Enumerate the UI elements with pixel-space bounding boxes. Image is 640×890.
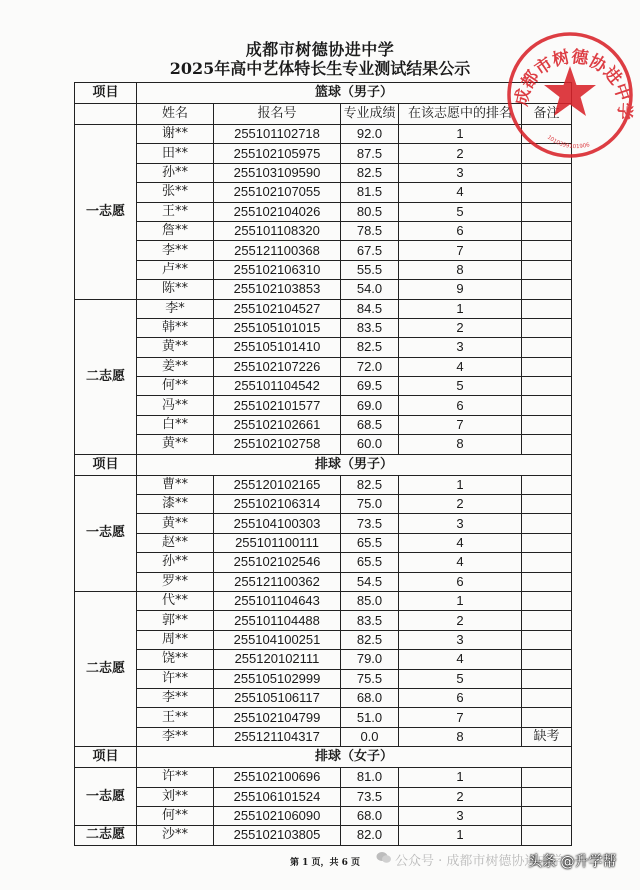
score: 79.0 bbox=[341, 650, 399, 669]
table-row: 李**25512110036867.57 bbox=[75, 241, 572, 260]
student-name: 漆** bbox=[137, 495, 214, 514]
registration-number: 255102106310 bbox=[214, 260, 341, 279]
score: 68.5 bbox=[341, 415, 399, 434]
registration-number: 255121104317 bbox=[214, 727, 341, 746]
preference-group-label: 一志愿 bbox=[75, 768, 137, 826]
rank: 3 bbox=[399, 630, 522, 649]
student-name: 罗** bbox=[137, 572, 214, 591]
table-row: 王**25510210402680.55 bbox=[75, 202, 572, 221]
score: 67.5 bbox=[341, 241, 399, 260]
registration-number: 255105106117 bbox=[214, 688, 341, 707]
score: 82.5 bbox=[341, 630, 399, 649]
student-name: 黄** bbox=[137, 514, 214, 533]
registration-number: 255102102546 bbox=[214, 553, 341, 572]
preference-group-label: 一志愿 bbox=[75, 475, 137, 591]
registration-number: 255102103805 bbox=[214, 826, 341, 845]
table-row: 黄**25510510141082.53 bbox=[75, 338, 572, 357]
note bbox=[522, 183, 572, 202]
score: 68.0 bbox=[341, 806, 399, 825]
registration-number: 255102104799 bbox=[214, 708, 341, 727]
note bbox=[522, 415, 572, 434]
rank: 7 bbox=[399, 241, 522, 260]
registration-number: 255102106314 bbox=[214, 495, 341, 514]
score: 73.5 bbox=[341, 514, 399, 533]
student-name: 何** bbox=[137, 806, 214, 825]
student-name: 李** bbox=[137, 688, 214, 707]
score: 84.5 bbox=[341, 299, 399, 318]
rank: 1 bbox=[399, 591, 522, 610]
score: 60.0 bbox=[341, 435, 399, 454]
score: 81.5 bbox=[341, 183, 399, 202]
rank: 2 bbox=[399, 144, 522, 163]
student-name: 姜** bbox=[137, 357, 214, 376]
registration-number: 255101104542 bbox=[214, 377, 341, 396]
table-row: 二志愿沙**25510210380582.01 bbox=[75, 826, 572, 845]
registration-number: 255121100362 bbox=[214, 572, 341, 591]
rank: 3 bbox=[399, 163, 522, 182]
registration-number: 255104100303 bbox=[214, 514, 341, 533]
score: 0.0 bbox=[341, 727, 399, 746]
student-name: 李** bbox=[137, 241, 214, 260]
table-row: 田**25510210597587.52 bbox=[75, 144, 572, 163]
note bbox=[522, 280, 572, 299]
student-name: 黄** bbox=[137, 435, 214, 454]
score: 51.0 bbox=[341, 708, 399, 727]
preference-group-label: 二志愿 bbox=[75, 591, 137, 746]
rank: 1 bbox=[399, 475, 522, 494]
registration-number: 255102104527 bbox=[214, 299, 341, 318]
score: 82.5 bbox=[341, 163, 399, 182]
score: 65.5 bbox=[341, 533, 399, 552]
registration-number: 255120102111 bbox=[214, 650, 341, 669]
registration-number: 255102105975 bbox=[214, 144, 341, 163]
score: 75.0 bbox=[341, 495, 399, 514]
note bbox=[522, 475, 572, 494]
score: 85.0 bbox=[341, 591, 399, 610]
score: 83.5 bbox=[341, 318, 399, 337]
registration-number: 255121100368 bbox=[214, 241, 341, 260]
student-name: 许** bbox=[137, 669, 214, 688]
student-name: 饶** bbox=[137, 650, 214, 669]
table-row: 孙**25510210254665.54 bbox=[75, 553, 572, 572]
note bbox=[522, 806, 572, 825]
column-header-score: 专业成绩 bbox=[341, 104, 399, 125]
student-name: 孙** bbox=[137, 163, 214, 182]
table-row: 漆**25510210631475.02 bbox=[75, 495, 572, 514]
registration-number: 255102107055 bbox=[214, 183, 341, 202]
score: 81.0 bbox=[341, 768, 399, 787]
table-row: 黄**25510410030373.53 bbox=[75, 514, 572, 533]
score: 75.5 bbox=[341, 669, 399, 688]
preference-group-label: 一志愿 bbox=[75, 125, 137, 300]
rank: 5 bbox=[399, 669, 522, 688]
rank: 4 bbox=[399, 553, 522, 572]
score: 65.5 bbox=[341, 553, 399, 572]
rank: 3 bbox=[399, 338, 522, 357]
table-row: 黄**25510210275860.08 bbox=[75, 435, 572, 454]
table-row: 何**25510210609068.03 bbox=[75, 806, 572, 825]
score: 92.0 bbox=[341, 125, 399, 144]
rank: 2 bbox=[399, 787, 522, 806]
column-header-name: 姓名 bbox=[137, 104, 214, 125]
rank: 3 bbox=[399, 806, 522, 825]
note bbox=[522, 338, 572, 357]
score: 87.5 bbox=[341, 144, 399, 163]
svg-text:1010399101906: 1010399101906 bbox=[546, 135, 591, 151]
student-name: 黄** bbox=[137, 338, 214, 357]
student-name: 王** bbox=[137, 202, 214, 221]
table-row: 一志愿许**25510210069681.01 bbox=[75, 768, 572, 787]
table-row: 何**25510110454269.55 bbox=[75, 377, 572, 396]
table-row: 陈**25510210385354.09 bbox=[75, 280, 572, 299]
rank: 1 bbox=[399, 826, 522, 845]
item-label: 项目 bbox=[75, 83, 137, 104]
rank: 5 bbox=[399, 377, 522, 396]
note bbox=[522, 241, 572, 260]
student-name: 许** bbox=[137, 768, 214, 787]
table-row: 赵**25510110011165.54 bbox=[75, 533, 572, 552]
sport-title: 排球（男子） bbox=[137, 454, 572, 475]
column-header-rank: 在该志愿中的排名 bbox=[399, 104, 522, 125]
note bbox=[522, 553, 572, 572]
table-row: 许**25510510299975.55 bbox=[75, 669, 572, 688]
student-name: 陈** bbox=[137, 280, 214, 299]
registration-number: 255106101524 bbox=[214, 787, 341, 806]
rank: 6 bbox=[399, 572, 522, 591]
student-name: 韩** bbox=[137, 318, 214, 337]
score: 72.0 bbox=[341, 357, 399, 376]
student-name: 孙** bbox=[137, 553, 214, 572]
section-header-row: 项目排球（男子） bbox=[75, 454, 572, 475]
registration-number: 255102102661 bbox=[214, 415, 341, 434]
note bbox=[522, 299, 572, 318]
student-name: 白** bbox=[137, 415, 214, 434]
student-name: 王** bbox=[137, 708, 214, 727]
table-row: 冯**25510210157769.06 bbox=[75, 396, 572, 415]
note bbox=[522, 768, 572, 787]
student-name: 何** bbox=[137, 377, 214, 396]
registration-number: 255103109590 bbox=[214, 163, 341, 182]
note bbox=[522, 572, 572, 591]
rank: 6 bbox=[399, 221, 522, 240]
rank: 4 bbox=[399, 650, 522, 669]
student-name: 田** bbox=[137, 144, 214, 163]
rank: 3 bbox=[399, 514, 522, 533]
note bbox=[522, 221, 572, 240]
rank: 4 bbox=[399, 183, 522, 202]
table-row: 刘**25510610152473.52 bbox=[75, 787, 572, 806]
student-name: 曹** bbox=[137, 475, 214, 494]
note bbox=[522, 357, 572, 376]
table-row: 王**25510210479951.07 bbox=[75, 708, 572, 727]
rank: 4 bbox=[399, 533, 522, 552]
student-name: 代** bbox=[137, 591, 214, 610]
note bbox=[522, 611, 572, 630]
table-row: 一志愿谢**25510110271892.01 bbox=[75, 125, 572, 144]
score: 83.5 bbox=[341, 611, 399, 630]
table-row: 孙**25510310959082.53 bbox=[75, 163, 572, 182]
student-name: 刘** bbox=[137, 787, 214, 806]
note bbox=[522, 787, 572, 806]
note bbox=[522, 377, 572, 396]
rank: 8 bbox=[399, 260, 522, 279]
registration-number: 255102102758 bbox=[214, 435, 341, 454]
note bbox=[522, 533, 572, 552]
registration-number: 255102104026 bbox=[214, 202, 341, 221]
note bbox=[522, 396, 572, 415]
note bbox=[522, 495, 572, 514]
section-header-row: 项目排球（女子） bbox=[75, 747, 572, 768]
rank: 1 bbox=[399, 299, 522, 318]
table-row: 李**25510510611768.06 bbox=[75, 688, 572, 707]
registration-number: 255102103853 bbox=[214, 280, 341, 299]
table-row: 一志愿曹**25512010216582.51 bbox=[75, 475, 572, 494]
blank-header-cell bbox=[75, 104, 137, 125]
table-row: 韩**25510510101583.52 bbox=[75, 318, 572, 337]
rank: 8 bbox=[399, 435, 522, 454]
registration-number: 255101104643 bbox=[214, 591, 341, 610]
note bbox=[522, 318, 572, 337]
registration-number: 255105101015 bbox=[214, 318, 341, 337]
registration-number: 255101108320 bbox=[214, 221, 341, 240]
preference-group-label: 二志愿 bbox=[75, 299, 137, 454]
item-label: 项目 bbox=[75, 454, 137, 475]
student-name: 郭** bbox=[137, 611, 214, 630]
registration-number: 255102106090 bbox=[214, 806, 341, 825]
student-name: 冯** bbox=[137, 396, 214, 415]
rank: 2 bbox=[399, 495, 522, 514]
student-name: 李** bbox=[137, 727, 214, 746]
note bbox=[522, 591, 572, 610]
note bbox=[522, 260, 572, 279]
note bbox=[522, 514, 572, 533]
student-name: 周** bbox=[137, 630, 214, 649]
rank: 5 bbox=[399, 202, 522, 221]
registration-number: 255105101410 bbox=[214, 338, 341, 357]
note bbox=[522, 688, 572, 707]
student-name: 李* bbox=[137, 299, 214, 318]
score: 82.0 bbox=[341, 826, 399, 845]
column-header-row: 姓名报名号专业成绩在该志愿中的排名备注 bbox=[75, 104, 572, 125]
table-row: 二志愿代**25510110464385.01 bbox=[75, 591, 572, 610]
student-name: 卢** bbox=[137, 260, 214, 279]
table-row: 卢**25510210631055.58 bbox=[75, 260, 572, 279]
student-name: 赵** bbox=[137, 533, 214, 552]
score: 80.5 bbox=[341, 202, 399, 221]
student-name: 张** bbox=[137, 183, 214, 202]
score: 78.5 bbox=[341, 221, 399, 240]
table-row: 郭**25510110448883.52 bbox=[75, 611, 572, 630]
score: 69.5 bbox=[341, 377, 399, 396]
score: 69.0 bbox=[341, 396, 399, 415]
registration-number: 255105102999 bbox=[214, 669, 341, 688]
rank: 2 bbox=[399, 611, 522, 630]
note: 缺考 bbox=[522, 727, 572, 746]
student-name: 詹** bbox=[137, 221, 214, 240]
score: 82.5 bbox=[341, 338, 399, 357]
rank: 8 bbox=[399, 727, 522, 746]
item-label: 项目 bbox=[75, 747, 137, 768]
table-row: 姜**25510210722672.04 bbox=[75, 357, 572, 376]
registration-number: 255101104488 bbox=[214, 611, 341, 630]
column-header-reg-no: 报名号 bbox=[214, 104, 341, 125]
table-row: 周**25510410025182.53 bbox=[75, 630, 572, 649]
note bbox=[522, 163, 572, 182]
score: 73.5 bbox=[341, 787, 399, 806]
table-row: 二志愿李*25510210452784.51 bbox=[75, 299, 572, 318]
registration-number: 255102101577 bbox=[214, 396, 341, 415]
section-header-row: 项目篮球（男子） bbox=[75, 83, 572, 104]
rank: 1 bbox=[399, 125, 522, 144]
registration-number: 255104100251 bbox=[214, 630, 341, 649]
note bbox=[522, 826, 572, 845]
score: 54.5 bbox=[341, 572, 399, 591]
table-row: 罗**25512110036254.56 bbox=[75, 572, 572, 591]
note bbox=[522, 202, 572, 221]
student-name: 沙** bbox=[137, 826, 214, 845]
preference-group-label: 二志愿 bbox=[75, 826, 137, 845]
note bbox=[522, 708, 572, 727]
note bbox=[522, 630, 572, 649]
note bbox=[522, 669, 572, 688]
registration-number: 255101102718 bbox=[214, 125, 341, 144]
registration-number: 255101100111 bbox=[214, 533, 341, 552]
rank: 2 bbox=[399, 318, 522, 337]
rank: 6 bbox=[399, 396, 522, 415]
page-indicator: 第 1 页，共 6 页 bbox=[290, 855, 360, 868]
score: 54.0 bbox=[341, 280, 399, 299]
rank: 7 bbox=[399, 708, 522, 727]
wechat-icon bbox=[376, 851, 392, 864]
sport-title: 排球（女子） bbox=[137, 747, 572, 768]
rank: 7 bbox=[399, 415, 522, 434]
table-row: 饶**25512010211179.04 bbox=[75, 650, 572, 669]
registration-number: 255102107226 bbox=[214, 357, 341, 376]
registration-number: 255120102165 bbox=[214, 475, 341, 494]
official-seal-icon: 成都市树德协进中学 1010399101906 bbox=[505, 30, 635, 160]
rank: 4 bbox=[399, 357, 522, 376]
score: 68.0 bbox=[341, 688, 399, 707]
rank: 9 bbox=[399, 280, 522, 299]
note bbox=[522, 435, 572, 454]
rank: 1 bbox=[399, 768, 522, 787]
toutiao-watermark: 头条 @升学帮 bbox=[528, 851, 616, 871]
table-row: 詹**25510110832078.56 bbox=[75, 221, 572, 240]
rank: 6 bbox=[399, 688, 522, 707]
table-row: 张**25510210705581.54 bbox=[75, 183, 572, 202]
registration-number: 255102100696 bbox=[214, 768, 341, 787]
score: 82.5 bbox=[341, 475, 399, 494]
table-row: 白**25510210266168.57 bbox=[75, 415, 572, 434]
table-row: 李**2551211043170.08缺考 bbox=[75, 727, 572, 746]
note bbox=[522, 650, 572, 669]
results-table: 项目篮球（男子）姓名报名号专业成绩在该志愿中的排名备注一志愿谢**2551011… bbox=[74, 82, 572, 846]
student-name: 谢** bbox=[137, 125, 214, 144]
score: 55.5 bbox=[341, 260, 399, 279]
